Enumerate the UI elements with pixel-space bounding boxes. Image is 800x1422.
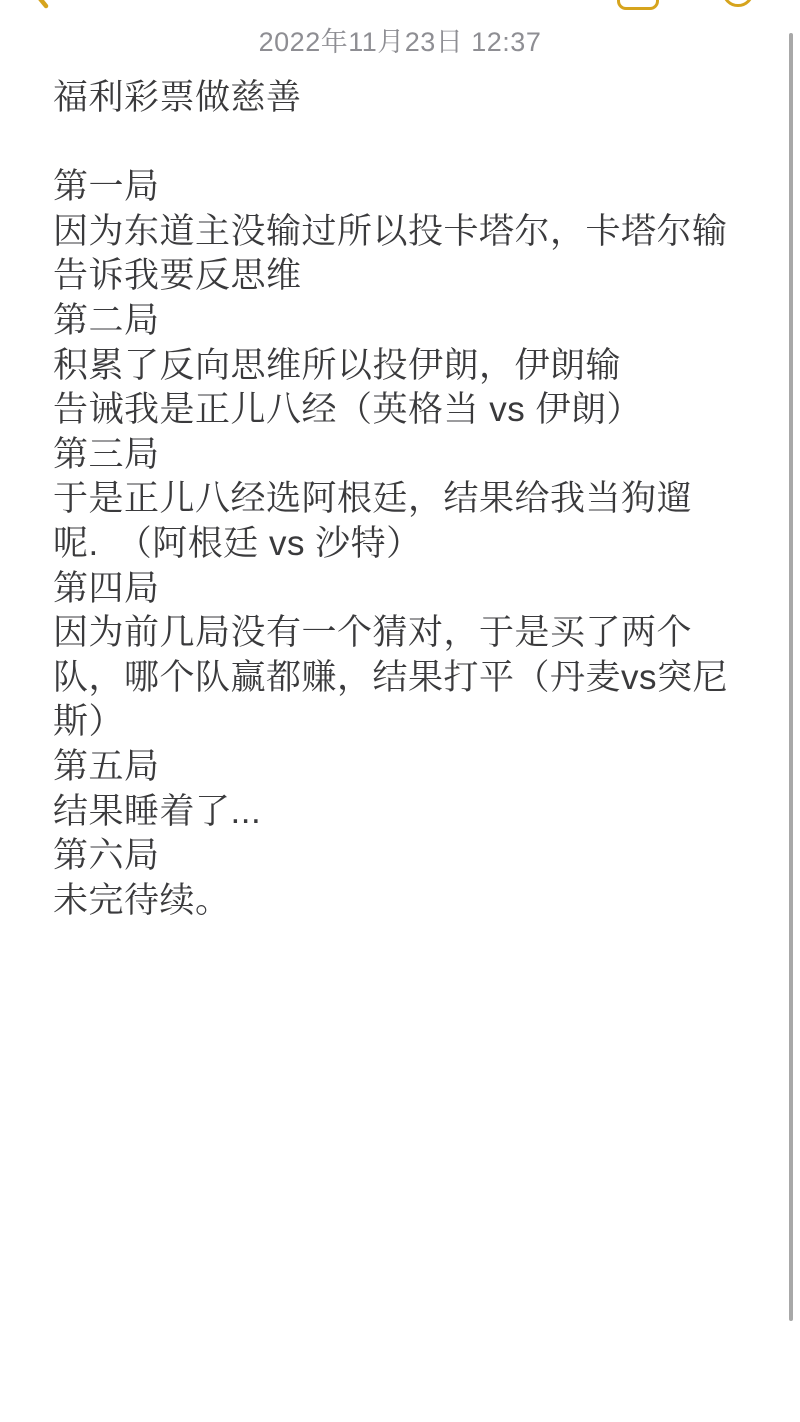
note-line: 队，哪个队赢都赚，结果打平（丹麦vs突尼斯） [53,656,772,745]
note-line [53,121,772,166]
note-line: 于是正儿八经选阿根廷，结果给我当狗遛 [53,477,772,522]
navbar [0,0,800,20]
note-timestamp: 2022年11月23日 12:37 [0,27,800,57]
compose-icon[interactable] [617,0,659,10]
note-line: 第二局 [53,299,772,344]
note-line: 未完待续。 [53,879,772,924]
more-circle-icon[interactable] [722,0,754,7]
note-line: 福利彩票做慈善 [53,76,772,121]
note-line: 第五局 [53,745,772,790]
note-line: 积累了反向思维所以投伊朗，伊朗输 [53,344,772,389]
note-line: 第一局 [53,165,772,210]
notes-app-screen: 2022年11月23日 12:37 福利彩票做慈善第一局因为东道主没输过所以投卡… [0,0,800,1422]
note-line: 结果睡着了... [53,790,772,835]
note-line: 因为前几局没有一个猜对，于是买了两个 [53,611,772,656]
note-line: 因为东道主没输过所以投卡塔尔，卡塔尔输 [53,210,772,255]
chevron-left-icon [28,0,52,14]
note-line: 第三局 [53,433,772,478]
scrollbar[interactable] [789,33,793,1321]
note-line: 告诉我要反思维 [53,254,772,299]
note-line: 告诫我是正儿八经（英格当 vs 伊朗） [53,388,772,433]
note-line: 第六局 [53,834,772,879]
note-line: 呢. （阿根廷 vs 沙特） [53,522,772,567]
back-button[interactable] [28,0,52,10]
note-line: 第四局 [53,567,772,612]
note-body[interactable]: 福利彩票做慈善第一局因为东道主没输过所以投卡塔尔，卡塔尔输告诉我要反思维第二局积… [53,76,772,923]
